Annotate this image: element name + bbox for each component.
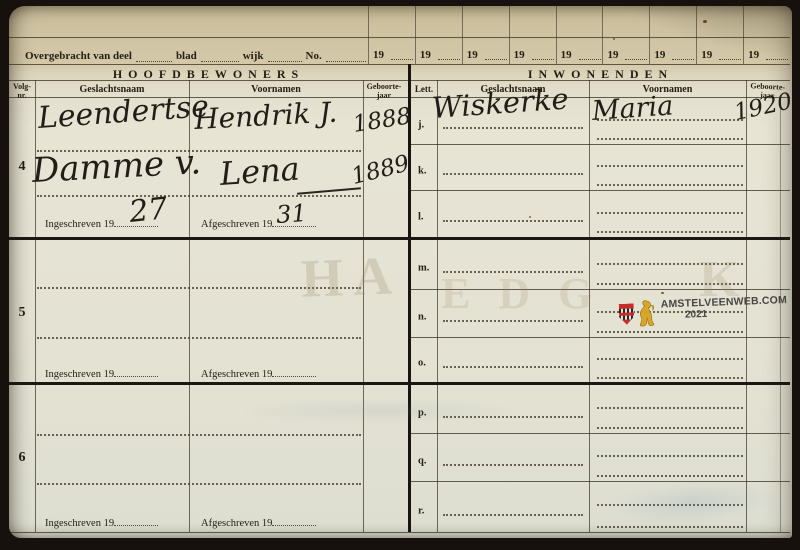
letter-label: j. [418, 119, 424, 130]
handwritten-year-deregistered: 31 [275, 201, 307, 227]
inwonenden-row: p. [411, 385, 790, 433]
letter-label: o. [418, 358, 426, 369]
year-grid-cell [696, 6, 743, 37]
afgeschreven-label: Afgeschreven 19 [201, 366, 316, 380]
name-line [37, 337, 361, 339]
year-cell: 19 [743, 37, 790, 64]
name-line [597, 427, 743, 429]
handwritten-surname: Damme v. [31, 145, 201, 188]
name-line [597, 504, 743, 506]
volgnr: 4 [12, 159, 32, 175]
letter-label: p. [418, 407, 426, 418]
lion-icon [636, 300, 659, 329]
scanned-register-card: Overgebracht van deel blad wijk No. 19 1… [0, 0, 800, 550]
ingeschreven-label: Ingeschreven 19 [45, 366, 158, 380]
name-line [597, 165, 743, 167]
name-line [443, 464, 583, 466]
name-line [597, 231, 743, 233]
dotted-blank [272, 515, 316, 526]
year-prefix: 19 [748, 49, 759, 61]
col-voornamen-left: Voornamen [189, 84, 363, 95]
name-line [37, 287, 361, 289]
inwonenden-row: l. [411, 190, 790, 237]
letter-label: q. [418, 455, 426, 466]
letter-label: k. [418, 165, 426, 176]
handwritten-birthyear: 1888 [351, 105, 412, 137]
handwritten-given-name: Lena [219, 153, 301, 190]
name-line [443, 514, 583, 516]
year-cell: 19 [415, 37, 462, 64]
divider [9, 80, 790, 81]
name-line [443, 127, 583, 129]
year-cell: 19 [602, 37, 649, 64]
name-line [37, 434, 361, 436]
inwonenden-row: q. [411, 433, 790, 481]
year-grid-cell [649, 6, 696, 37]
wijk-label: wijk [243, 50, 264, 62]
year-grid-cell [556, 6, 603, 37]
inwonenden-row: k. [411, 144, 790, 190]
name-line [443, 416, 583, 418]
letter-label: n. [418, 311, 426, 322]
name-line [597, 407, 743, 409]
ingeschreven-text: Ingeschreven 19 [45, 219, 114, 230]
transfer-label: Overgebracht van deel [25, 50, 132, 62]
name-line [597, 331, 743, 333]
name-line [443, 220, 583, 222]
year-prefix: 19 [373, 49, 384, 61]
name-line [443, 320, 583, 322]
amstelveen-shield-icon [619, 303, 635, 325]
no-label: No. [306, 50, 322, 62]
volgnr: 6 [12, 450, 32, 466]
year-grid-cell [368, 6, 415, 37]
dotted-blank [114, 366, 158, 377]
year-cell: 19 [696, 37, 743, 64]
divider [9, 64, 790, 65]
year-row: 19 19 19 19 19 19 19 19 19 [368, 37, 790, 64]
year-prefix: 19 [420, 49, 431, 61]
year-prefix: 19 [701, 49, 712, 61]
year-cell: 19 [556, 37, 603, 64]
inwonenden-row: r. [411, 481, 790, 532]
register-page: Overgebracht van deel blad wijk No. 19 1… [9, 6, 792, 538]
volgnr: 5 [12, 305, 32, 321]
afgeschreven-text: Afgeschreven 19 [201, 369, 272, 380]
handwritten-birthyear: 1889 [349, 153, 411, 189]
year-cell: 19 [649, 37, 696, 64]
name-line [597, 475, 743, 477]
name-line [37, 483, 361, 485]
blad-label: blad [176, 50, 197, 62]
letter-label: l. [418, 212, 424, 223]
dotted-blank [272, 366, 316, 377]
name-line [597, 212, 743, 214]
year-grid-cell [462, 6, 509, 37]
letter-label: m. [418, 263, 429, 274]
year-prefix: 19 [467, 49, 478, 61]
name-line [597, 283, 743, 285]
name-line [597, 184, 743, 186]
year-cell: 19 [509, 37, 556, 64]
ingeschreven-text: Ingeschreven 19 [45, 518, 114, 529]
year-prefix: 19 [514, 49, 525, 61]
handwritten-given-name: Hendrik J. [194, 99, 338, 134]
year-prefix: 19 [561, 49, 572, 61]
name-line [597, 358, 743, 360]
divider [9, 532, 790, 533]
letter-label: r. [418, 505, 424, 516]
year-prefix: 19 [607, 49, 618, 61]
name-line [37, 195, 361, 197]
watermark-text: AMSTELVEENWEB.COM 2021 [661, 294, 788, 321]
year-cell: 19 [462, 37, 509, 64]
afgeschreven-text: Afgeschreven 19 [201, 518, 272, 529]
name-line [443, 173, 583, 175]
inwonenden-row: o. [411, 337, 790, 382]
year-grid-cell [602, 6, 649, 37]
name-line [443, 271, 583, 273]
watermark: AMSTELVEENWEB.COM 2021 [619, 294, 788, 329]
name-line [597, 263, 743, 265]
name-line [597, 138, 743, 140]
top-year-grid [368, 6, 790, 37]
afgeschreven-text: Afgeschreven 19 [201, 219, 272, 230]
dotted-blank [268, 51, 302, 62]
transfer-row: Overgebracht van deel blad wijk No. [25, 40, 367, 62]
column-rule [35, 80, 36, 532]
year-grid-cell [743, 6, 790, 37]
year-prefix: 19 [654, 49, 665, 61]
pen-flourish [297, 187, 361, 195]
handwritten-surname: Leendertse [37, 92, 210, 134]
page-showthrough: HA [300, 244, 403, 309]
year-cell: 19 [368, 37, 415, 64]
dotted-blank [201, 51, 239, 62]
year-grid-cell [509, 6, 556, 37]
dotted-blank [136, 51, 172, 62]
year-grid-cell [415, 6, 462, 37]
ingeschreven-label: Ingeschreven 19 [45, 515, 158, 529]
handwritten-given-name: Maria [591, 92, 674, 125]
name-line [443, 366, 583, 368]
handwritten-year-registered: 27 [128, 194, 169, 228]
afgeschreven-label: Afgeschreven 19 [201, 515, 316, 529]
column-rule [363, 80, 364, 532]
inwonenden-row: m. [411, 240, 790, 289]
dotted-blank [114, 515, 158, 526]
dotted-blank [326, 51, 366, 62]
name-line [597, 377, 743, 379]
name-line [597, 455, 743, 457]
name-line [597, 526, 743, 528]
ingeschreven-text: Ingeschreven 19 [45, 369, 114, 380]
